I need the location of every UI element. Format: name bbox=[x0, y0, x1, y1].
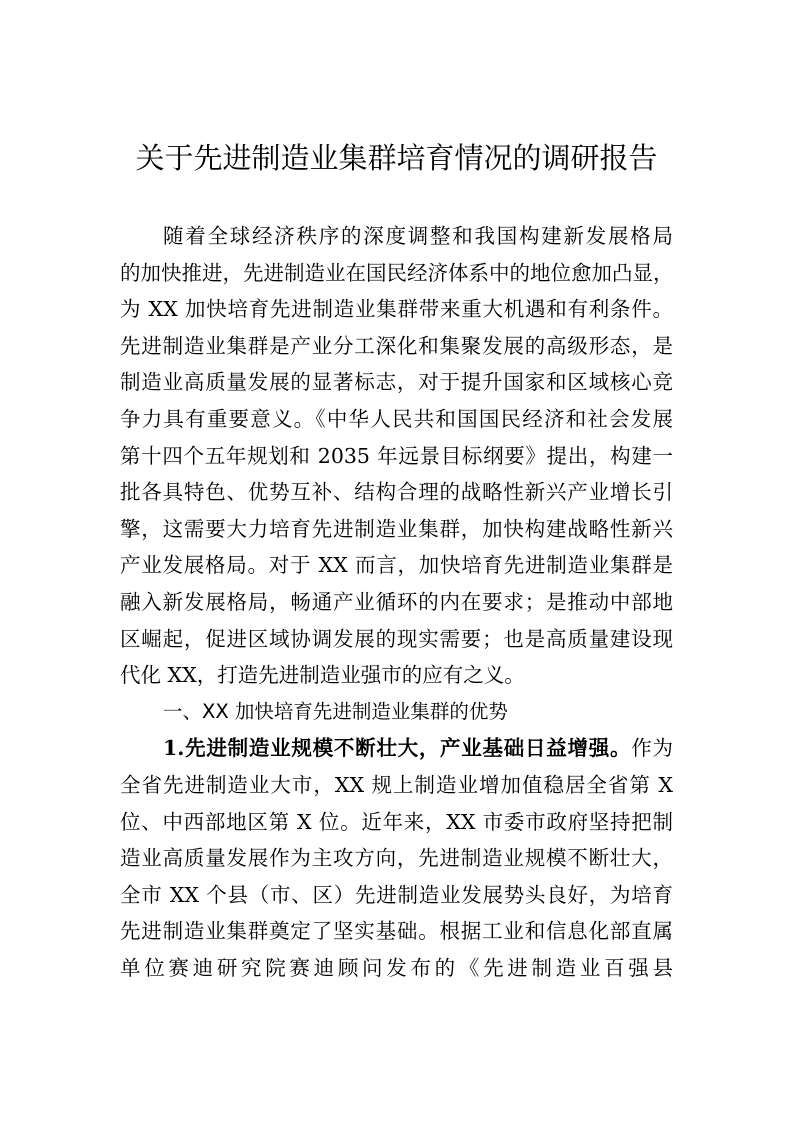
document-page: 关于先进制造业集群培育情况的调研报告 随着全球经济秩序的深度调整和我国构建新发展… bbox=[0, 0, 793, 1122]
paragraph-line: 全省先进制造业大市，XX 规上制造业增加值稳居全省第 X bbox=[120, 767, 673, 804]
paragraph-line: 制造业高质量发展的显著标志，对于提升国家和区域核心竞 bbox=[120, 364, 673, 401]
paragraph-line: 产业发展格局。对于 XX 而言，加快培育先进制造业集群是 bbox=[120, 547, 673, 584]
paragraph-line: 争力具有重要意义。《中华人民共和国国民经济和社会发展 bbox=[120, 401, 673, 438]
paragraph-line: 全市 XX 个县（市、区）先进制造业发展势头良好，为培育 bbox=[120, 877, 673, 914]
paragraph-line: 造业高质量发展作为主攻方向，先进制造业规模不断壮大， bbox=[120, 840, 673, 877]
paragraph-line: 融入新发展格局，畅通产业循环的内在要求；是推动中部地 bbox=[120, 584, 673, 621]
paragraph-line: 先进制造业集群奠定了坚实基础。根据工业和信息化部直属 bbox=[120, 913, 673, 950]
paragraph-line: 第十四个五年规划和 2035 年远景目标纲要》提出，构建一 bbox=[120, 438, 673, 475]
intro-paragraph: 随着全球经济秩序的深度调整和我国构建新发展格局 的加快推进，先进制造业在国民经济… bbox=[120, 218, 673, 694]
paragraph-line: 位、中西部地区第 X 位。近年来，XX 市委市政府坚持把制 bbox=[120, 804, 673, 841]
paragraph-line: 先进制造业集群是产业分工深化和集聚发展的高级形态，是 bbox=[120, 328, 673, 365]
section-heading: 一、XX 加快培育先进制造业集群的优势 bbox=[120, 694, 673, 731]
paragraph-line: 为 XX 加快培育先进制造业集群带来重大机遇和有利条件。 bbox=[120, 291, 673, 328]
subsection-paragraph: 1.先进制造业规模不断壮大，产业基础日益增强。作为 全省先进制造业大市，XX 规… bbox=[120, 730, 673, 986]
paragraph-line: 代化 XX，打造先进制造业强市的应有之义。 bbox=[120, 657, 673, 694]
subsection-first-line-rest: 作为 bbox=[631, 736, 673, 760]
paragraph-line: 单位赛迪研究院赛迪顾问发布的《先进制造业百强县 bbox=[120, 950, 673, 987]
paragraph-line: 区崛起，促进区域协调发展的现实需要；也是高质量建设现 bbox=[120, 621, 673, 658]
paragraph-line: 擎，这需要大力培育先进制造业集群，加快构建战略性新兴 bbox=[120, 511, 673, 548]
document-title: 关于先进制造业集群培育情况的调研报告 bbox=[0, 138, 793, 178]
paragraph-line: 批各具特色、优势互补、结构合理的战略性新兴产业增长引 bbox=[120, 474, 673, 511]
document-body: 随着全球经济秩序的深度调整和我国构建新发展格局 的加快推进，先进制造业在国民经济… bbox=[120, 218, 673, 986]
subsection-lead: 1.先进制造业规模不断壮大，产业基础日益增强。 bbox=[163, 736, 631, 760]
subsection-first-line: 1.先进制造业规模不断壮大，产业基础日益增强。作为 bbox=[120, 730, 673, 767]
paragraph-line: 随着全球经济秩序的深度调整和我国构建新发展格局 bbox=[120, 218, 673, 255]
paragraph-line: 的加快推进，先进制造业在国民经济体系中的地位愈加凸显， bbox=[120, 255, 673, 292]
